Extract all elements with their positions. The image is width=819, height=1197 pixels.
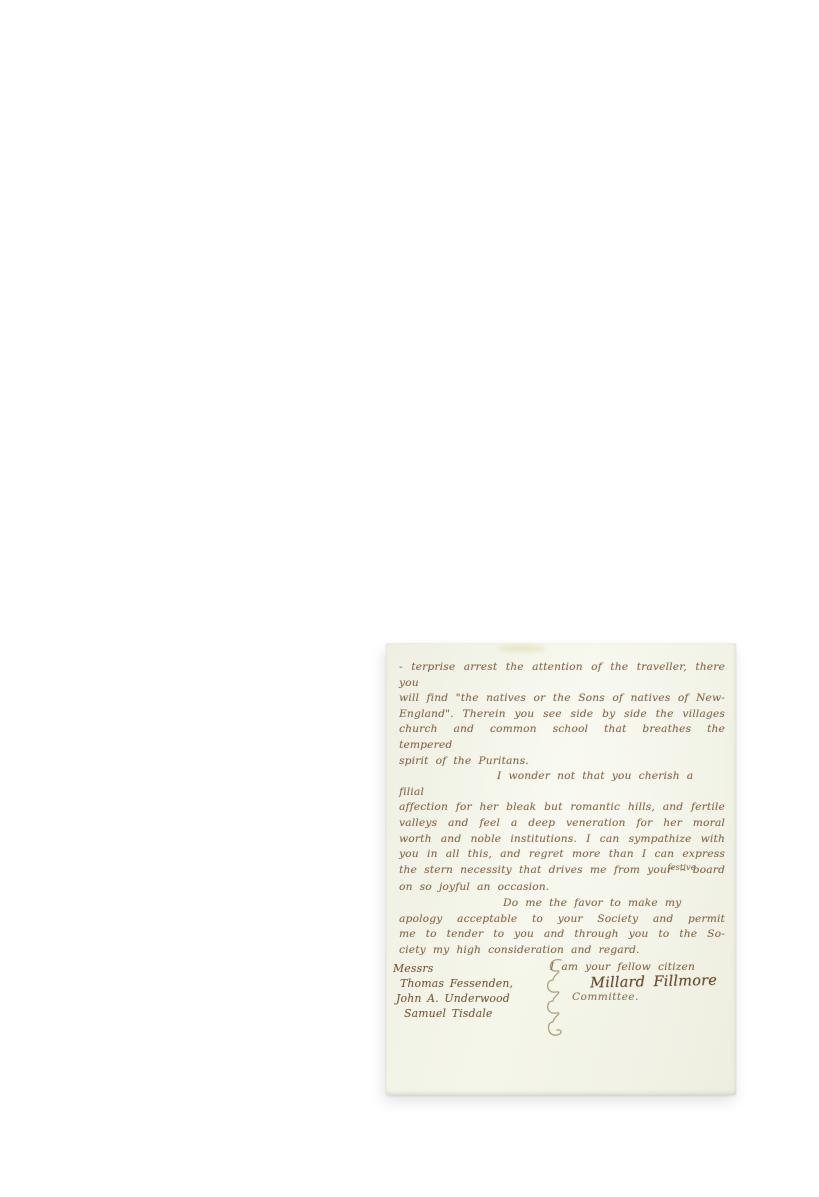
letter-line: on so joyful an occasion. [399,880,725,896]
recipient-name: Samuel Tisdale [404,1006,513,1021]
committee-brace [543,957,569,1047]
letter-line: England". Therein you see side by side t… [399,707,725,723]
letter-line: church and common school that breathes t… [399,722,725,753]
letter-line: I wonder not that you cherish a filial [399,769,725,800]
letter-paper: - terprise arrest the attention of the t… [386,643,736,1095]
inserted-word: festive [667,864,695,872]
letter-line: worth and noble institutions. I can symp… [399,832,725,848]
recipients-salutation: Messrs [393,961,513,976]
letter-line-post: board [693,864,725,876]
letter-line: Do me the favor to make my [399,896,725,912]
letter-line: me to tender to you and through you to t… [399,927,725,943]
letter-line: - terprise arrest the attention of the t… [399,660,725,691]
letter-line: valleys and feel a deep veneration for h… [399,816,725,832]
insertion-anchor: ^festive [679,863,685,881]
letter-line: ciety my high consideration and regard. [399,943,725,959]
committee-label: Committee. [572,991,639,1003]
recipient-name: Thomas Fessenden, [400,976,513,991]
letter-line: apology acceptable to your Society and p… [399,912,725,928]
recipient-name: John A. Underwood [396,991,513,1006]
paper-stain [498,645,546,652]
letter-line: you in all this, and regret more than I … [399,847,725,863]
letter-line-with-insertion: the stern necessity that drives me from … [399,863,725,881]
letter-line: will find "the natives or the Sons of na… [399,691,725,707]
letter-line-pre: the stern necessity that drives me from … [399,864,672,876]
scan-background: - terprise arrest the attention of the t… [0,0,819,1197]
letter-body: - terprise arrest the attention of the t… [399,660,725,993]
recipients-block: Messrs Thomas Fessenden, John A. Underwo… [393,961,513,1021]
letter-line: affection for her bleak but romantic hil… [399,800,725,816]
letter-line: spirit of the Puritans. [399,754,725,770]
